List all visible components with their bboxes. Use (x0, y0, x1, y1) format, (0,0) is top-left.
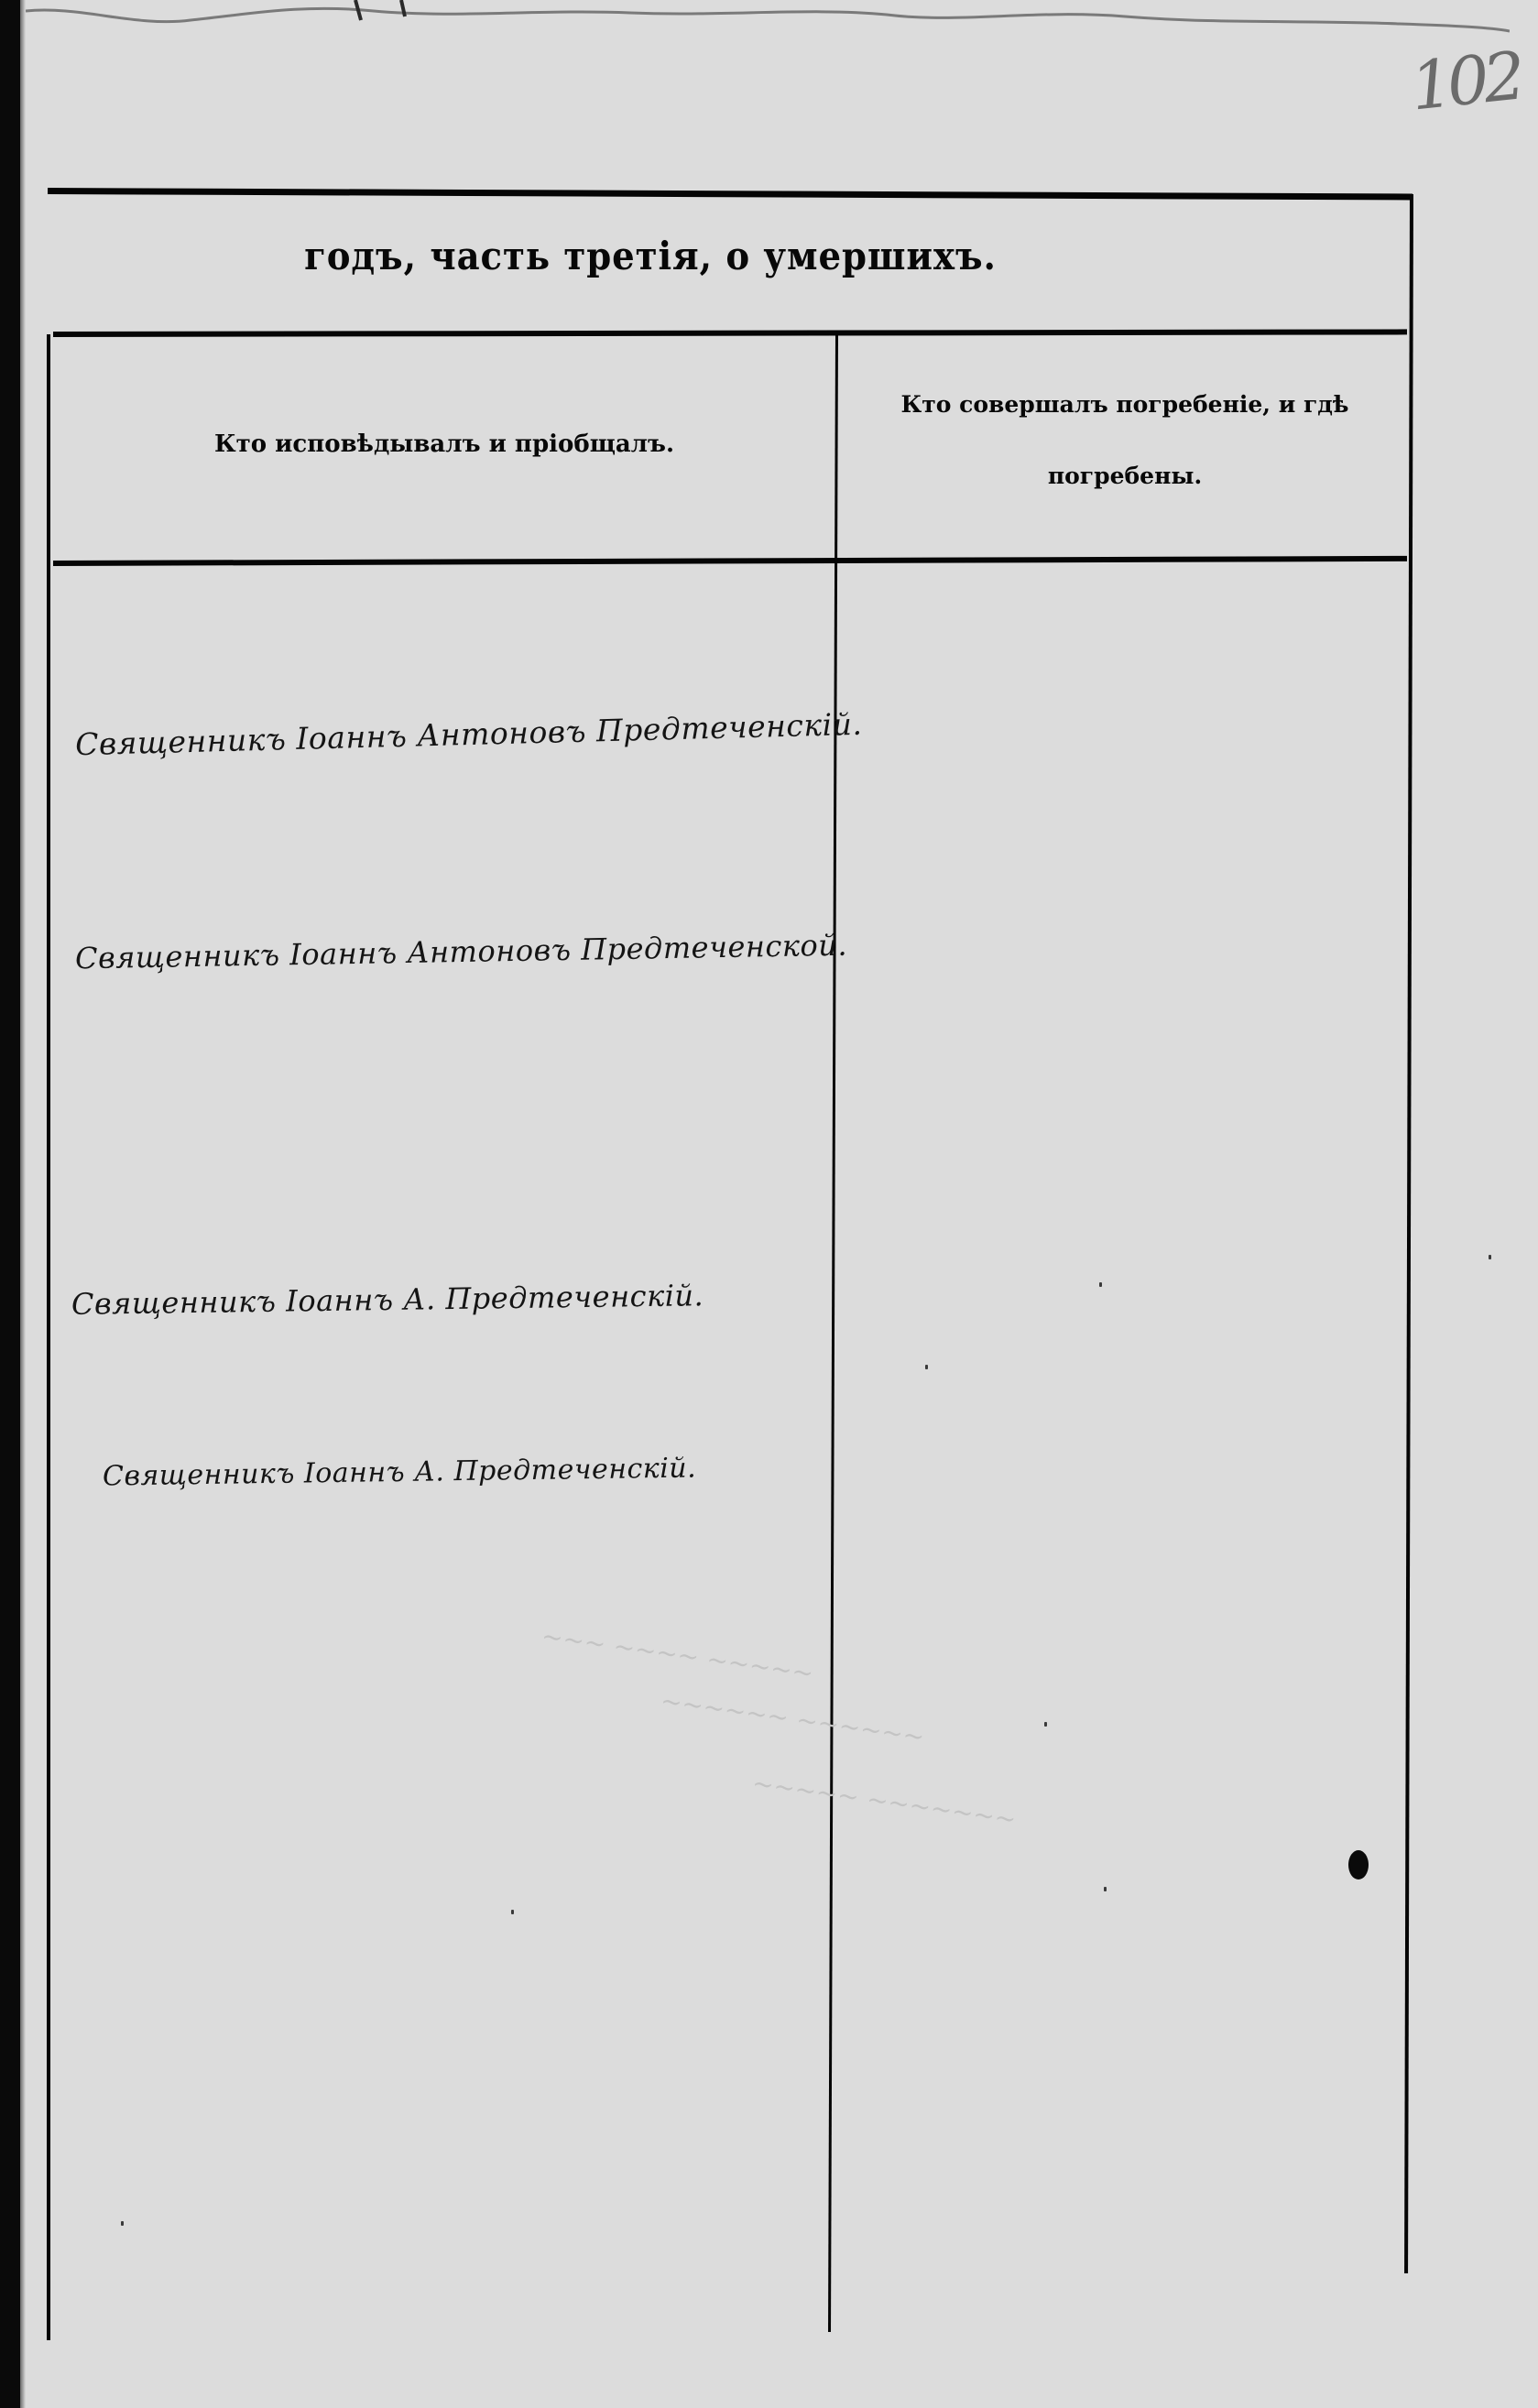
torn-paper-edge (26, 0, 1510, 33)
speck (511, 1910, 514, 1914)
bleed-through-text: ~~~~~ ~~~~~~~ (750, 1768, 1018, 1835)
column-divider (828, 335, 838, 2332)
top-rule (48, 188, 1413, 201)
entry-confessed-by-2: Священникъ Іоаннъ Антоновъ Предтеченской… (75, 928, 848, 976)
speck (1044, 1722, 1047, 1727)
speck (121, 2221, 124, 2226)
column-header-bottom-rule (53, 556, 1407, 566)
speck (1489, 1255, 1491, 1259)
speck (925, 1365, 928, 1369)
page-title: годъ, часть третія, о умершихъ. (153, 234, 1148, 278)
column-header-buried-by-line1: Кто совершалъ погребеніе, и гдѣ (841, 368, 1409, 441)
header-divider-rule (53, 329, 1407, 337)
speck (1104, 1887, 1107, 1891)
column-header-confessed-by: Кто исповѣдывалъ и пріобщалъ. (55, 408, 834, 481)
entry-confessed-by-3: Священникъ Іоаннъ А. Предтеченскій. (71, 1278, 704, 1322)
ink-blot (1348, 1850, 1369, 1880)
scan-edge (0, 0, 20, 2408)
entry-confessed-by-1: Священникъ Іоаннъ Антоновъ Предтеченскій… (75, 706, 863, 762)
column-header-buried-by-line2: погребены. (841, 440, 1409, 513)
left-border (47, 334, 50, 2340)
folio-number: 102 (1406, 28, 1534, 132)
bleed-through-text: ~~~ ~~~~ ~~~~~ (540, 1620, 815, 1688)
scan-edge-shadow (20, 0, 26, 2408)
entry-confessed-by-4: Священникъ Іоаннъ А. Предтеченскій. (103, 1452, 697, 1492)
speck (1099, 1282, 1102, 1287)
bleed-through-text: ~~~~~~ ~~~~~~ (659, 1685, 926, 1752)
